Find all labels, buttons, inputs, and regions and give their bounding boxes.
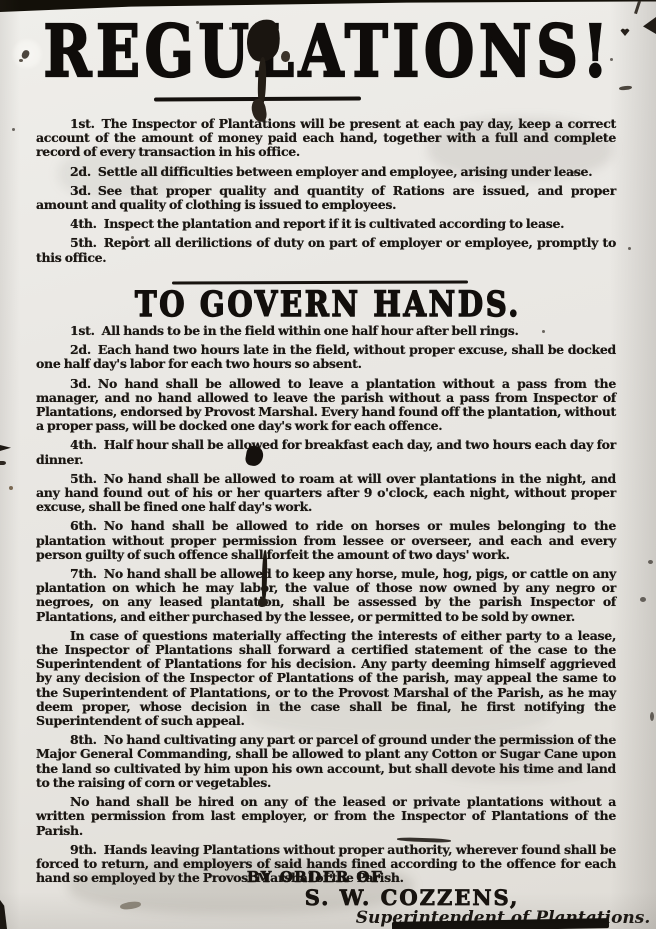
rule-number: 4th. <box>70 437 97 452</box>
rule-number: 3d. <box>70 183 91 198</box>
rule-text: The Inspector of Plantations will be pre… <box>36 116 616 159</box>
rule-text: All hands to be in the field within one … <box>102 323 519 338</box>
rule-text: Half hour shall be allowed for breakfast… <box>36 437 616 466</box>
rule-paragraph: 4th.Inspect the plantation and report if… <box>36 217 616 231</box>
rule-number: 6th. <box>70 518 97 533</box>
rule-text: Inspect the plantation and report if it … <box>104 216 565 231</box>
rule-number: 2d. <box>70 164 91 179</box>
rule-paragraph: 2d.Each hand two hours late in the field… <box>36 343 616 371</box>
rule-paragraph: 5th.No hand shall be allowed to roam at … <box>36 472 616 515</box>
paper-speck <box>12 128 15 131</box>
rule-paragraph: 3d.See that proper quality and quantity … <box>36 184 616 212</box>
rule-paragraph: 2d.Settle all difficulties between emplo… <box>36 165 616 179</box>
paper-speck <box>9 486 13 490</box>
paper-speck <box>650 712 654 721</box>
rule-paragraph: 5th.Report all derilictions of duty on p… <box>36 236 616 264</box>
rule-text: No hand shall be allowed to keep any hor… <box>36 566 616 624</box>
rule-text: See that proper quality and quantity of … <box>36 183 616 212</box>
rule-paragraph: 1st.The Inspector of Plantations will be… <box>36 117 616 160</box>
rule-number: 3d. <box>70 376 91 391</box>
rule-number: 1st. <box>70 323 95 338</box>
rule-number: 7th. <box>70 566 97 581</box>
paper-speck <box>640 597 646 602</box>
hands-rules-section: 1st.All hands to be in the field within … <box>36 324 616 885</box>
scanned-poster-photo: REGULATIONS! 1st.The Inspector of Planta… <box>0 0 656 929</box>
paper-speck <box>648 560 653 564</box>
rule-paragraph: 8th.No hand cultivating any part or parc… <box>36 733 616 790</box>
rule-text: No hand shall be allowed to roam at will… <box>36 471 616 514</box>
rule-number: 5th. <box>70 235 97 250</box>
by-order-line: BY ORDER OF <box>0 868 643 886</box>
rule-number: 1st. <box>70 116 95 131</box>
rule-text: No hand cultivating any part or parcel o… <box>36 732 616 790</box>
signature-name: S. W. COZZENS, <box>84 885 656 910</box>
rule-text: No hand shall be allowed to ride on hors… <box>36 518 616 561</box>
title-divider <box>154 96 361 101</box>
rule-number: 2d. <box>70 342 91 357</box>
rule-paragraph: 1st.All hands to be in the field within … <box>36 324 616 338</box>
rule-text: Each hand two hours late in the field, w… <box>36 342 616 371</box>
left-edge-mark <box>0 445 11 451</box>
rule-text: No hand shall be hired on any of the lea… <box>36 794 616 837</box>
rule-paragraph: No hand shall be hired on any of the lea… <box>36 795 616 838</box>
top-right-tear <box>643 17 656 34</box>
rule-text: Settle all difficulties between employer… <box>98 164 592 179</box>
rule-paragraph: 6th.No hand shall be allowed to ride on … <box>36 519 616 562</box>
rule-text: In case of questions materially affectin… <box>36 628 616 728</box>
rule-number: 4th. <box>70 216 97 231</box>
rule-text: No hand shall be allowed to leave a plan… <box>36 376 616 434</box>
left-edge-mark <box>0 461 6 465</box>
rule-paragraph: 4th.Half hour shall be allowed for break… <box>36 438 616 466</box>
inspector-rules-section: 1st.The Inspector of Plantations will be… <box>36 117 616 265</box>
rule-paragraph: 7th.No hand shall be allowed to keep any… <box>36 567 616 624</box>
rule-paragraph: 3d.No hand shall be allowed to leave a p… <box>36 377 616 434</box>
paper-speck <box>628 247 631 250</box>
rule-paragraph: In case of questions materially affectin… <box>36 629 616 728</box>
rule-number: 9th. <box>70 842 97 857</box>
top-right-scratch <box>634 1 641 14</box>
section-heading: TO GOVERN HANDS. <box>39 287 616 323</box>
signature-role: Superintendent of Plantations. <box>175 908 656 928</box>
photo-bottom-left-corner <box>0 900 7 929</box>
poster-title: REGULATIONS! <box>23 16 633 87</box>
rule-number: 8th. <box>70 732 97 747</box>
rule-text: Report all derilictions of duty on part … <box>36 235 616 264</box>
rule-number: 5th. <box>70 471 97 486</box>
